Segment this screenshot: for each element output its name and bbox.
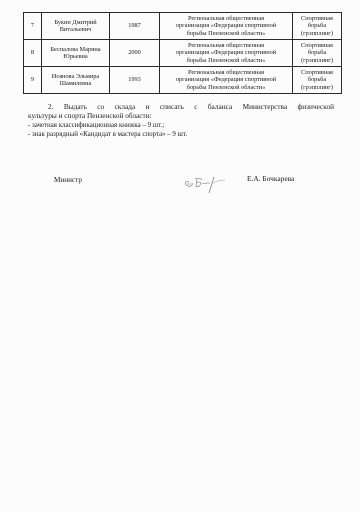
table-row: 7 Букин Дмитрий Витальевич 1987 Регионал… [24,13,342,40]
sport: Спортивная борьба (грэпплинг) [293,40,342,67]
name-line: Шамилевна [60,80,92,87]
organization: Региональная общественная организация «Ф… [160,67,293,94]
name-line: Букин Дмитрий [54,19,96,26]
table-row: 9 Исянова Эльмира Шамилевна 1993 Региона… [24,67,342,94]
signatory-title: Министр [54,176,82,184]
document-page: 7 Букин Дмитрий Витальевич 1987 Регионал… [0,0,360,512]
sport-line: (грэпплинг) [301,57,333,64]
birth-year: 2000 [110,40,160,67]
sport-line: Спортивная [301,42,333,49]
handwritten-signature-icon [180,168,228,196]
row-number: 8 [24,40,42,67]
sport-line: борьба [308,49,326,56]
org-line: Региональная общественная [188,69,264,76]
list-item: - зачетная классификационная книжка – 9 … [28,121,187,130]
table-row: 8 Беспалова Марина Юрьевна 2000 Регионал… [24,40,342,67]
sport-line: Спортивная [301,69,333,76]
list-item: - знак разрядный «Кандидат в мастера спо… [28,130,187,139]
clause-paragraph: 2. Выдать со склада и списать с баланса … [28,102,334,121]
sport-line: (грэпплинг) [301,84,333,91]
items-list: - зачетная классификационная книжка – 9 … [28,121,187,139]
org-line: организация «Федерация спортивной [176,22,276,29]
name-line: Юрьевна [63,53,87,60]
organization: Региональная общественная организация «Ф… [160,40,293,67]
signatory-name: Е.А. Бочкарева [247,174,294,183]
org-line: Региональная общественная [188,42,264,49]
name-line: Витальевич [60,26,92,33]
athletes-table: 7 Букин Дмитрий Витальевич 1987 Регионал… [23,12,342,94]
athlete-name: Беспалова Марина Юрьевна [42,40,110,67]
paragraph-line: культуры и спорта Пензенской области: [28,111,334,120]
org-line: борьбы Пензенской области» [187,57,266,64]
org-line: борьбы Пензенской области» [187,30,266,37]
row-number: 7 [24,13,42,40]
org-line: борьбы Пензенской области» [187,84,266,91]
sport: Спортивная борьба (грэпплинг) [293,67,342,94]
athlete-name: Исянова Эльмира Шамилевна [42,67,110,94]
sport-line: борьба [308,22,326,29]
org-line: организация «Федерация спортивной [176,76,276,83]
sport-line: (грэпплинг) [301,30,333,37]
row-number: 9 [24,67,42,94]
name-line: Беспалова Марина [50,46,100,53]
sport: Спортивная борьба (грэпплинг) [293,13,342,40]
sport-line: борьба [308,76,326,83]
org-line: Региональная общественная [188,15,264,22]
organization: Региональная общественная организация «Ф… [160,13,293,40]
birth-year: 1987 [110,13,160,40]
name-line: Исянова Эльмира [52,73,99,80]
sport-line: Спортивная [301,15,333,22]
athlete-name: Букин Дмитрий Витальевич [42,13,110,40]
org-line: организация «Федерация спортивной [176,49,276,56]
birth-year: 1993 [110,67,160,94]
paragraph-line: 2. Выдать со склада и списать с баланса … [28,102,334,111]
